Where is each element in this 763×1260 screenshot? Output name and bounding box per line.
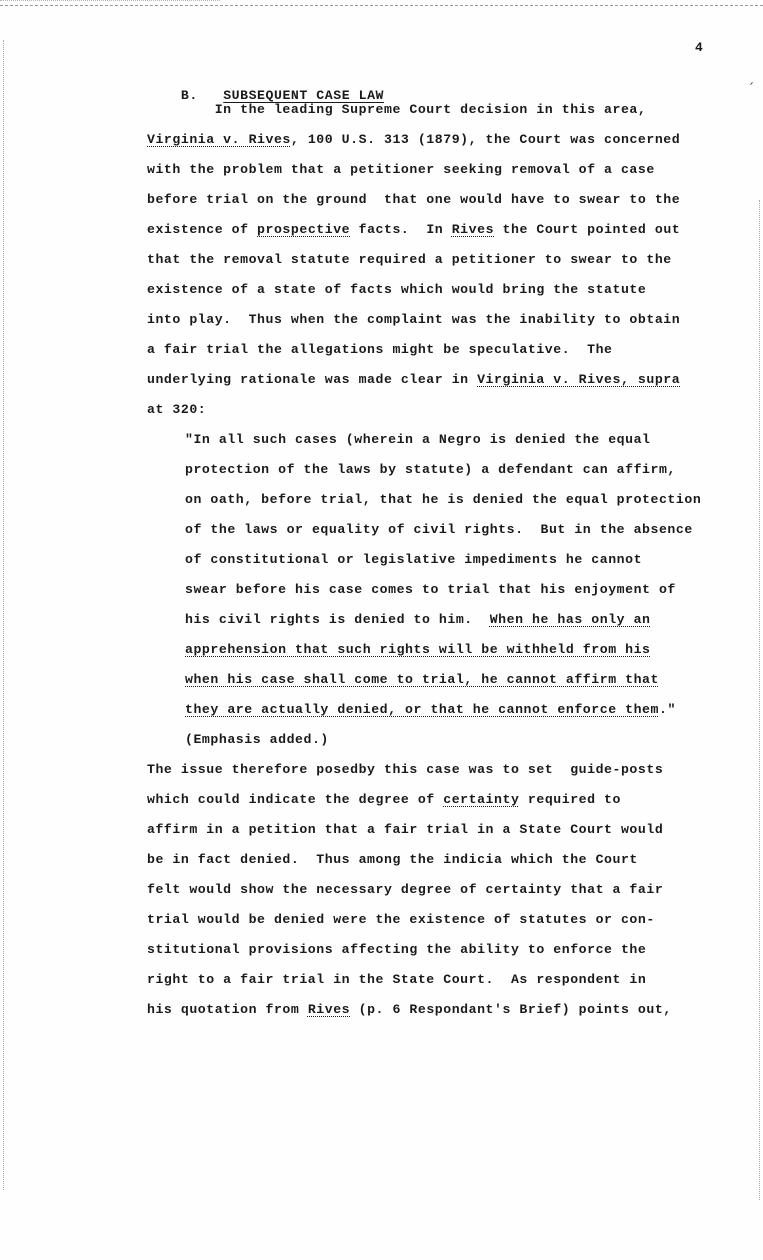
case-citation: Virginia v. Rives xyxy=(147,132,291,147)
quote-line: on oath, before trial, that he is denied… xyxy=(185,492,701,508)
quote-line: they are actually denied, or that he can… xyxy=(185,702,676,718)
text-line: existence of prospective facts. In Rives… xyxy=(147,222,680,238)
quote-line: (Emphasis added.) xyxy=(185,732,329,748)
case-citation: Rives xyxy=(452,222,494,237)
quote-line: his civil rights is denied to him. When … xyxy=(185,612,651,628)
quote-line: "In all such cases (wherein a Negro is d… xyxy=(185,432,651,448)
text-line: into play. Thus when the complaint was t… xyxy=(147,312,680,328)
emphasized-text: When he has only an xyxy=(490,612,651,627)
text-line: Virginia v. Rives, 100 U.S. 313 (1879), … xyxy=(147,132,680,148)
emphasized-text: they are actually denied, or that he can… xyxy=(185,702,659,717)
case-citation: Virginia v. Rives, supra xyxy=(477,372,680,387)
page-number: 4 xyxy=(695,40,703,55)
text-line: his quotation from Rives (p. 6 Respondan… xyxy=(147,1002,672,1018)
quote-line: of the laws or equality of civil rights.… xyxy=(185,522,693,538)
section-title: SUBSEQUENT CASE LAW xyxy=(223,88,384,103)
text-line: before trial on the ground that one woul… xyxy=(147,192,680,208)
case-citation: Rives xyxy=(308,1002,350,1017)
text-line: a fair trial the allegations might be sp… xyxy=(147,342,613,358)
text-line: The issue therefore posedby this case wa… xyxy=(147,762,663,778)
text-line: with the problem that a petitioner seeki… xyxy=(147,162,655,178)
text-line: stitutional provisions affecting the abi… xyxy=(147,942,646,958)
emphasized-text: when his case shall come to trial, he ca… xyxy=(185,672,659,687)
scan-top-edge-dots xyxy=(0,0,220,1)
text-line: that the removal statute required a peti… xyxy=(147,252,672,268)
emphasized-text: apprehension that such rights will be wi… xyxy=(185,642,651,657)
section-heading: B. SUBSEQUENT CASE LAW xyxy=(147,72,384,88)
text-line: at 320: xyxy=(147,402,206,418)
scan-left-edge xyxy=(3,40,4,1190)
scan-speck xyxy=(750,82,753,85)
scan-right-edge xyxy=(759,200,760,1200)
scan-top-edge xyxy=(0,5,763,6)
section-letter: B. xyxy=(181,88,198,103)
quote-line: apprehension that such rights will be wi… xyxy=(185,642,651,658)
text-line: In the leading Supreme Court decision in… xyxy=(147,102,646,118)
emphasis-word: certainty xyxy=(443,792,519,807)
text-line: trial would be denied were the existence… xyxy=(147,912,655,928)
text-line: underlying rationale was made clear in V… xyxy=(147,372,680,388)
quote-line: protection of the laws by statute) a def… xyxy=(185,462,676,478)
emphasis-word: prospective xyxy=(257,222,350,237)
text-line: be in fact denied. Thus among the indici… xyxy=(147,852,638,868)
text-line: existence of a state of facts which woul… xyxy=(147,282,646,298)
text-line: affirm in a petition that a fair trial i… xyxy=(147,822,663,838)
text-line: right to a fair trial in the State Court… xyxy=(147,972,646,988)
quote-line: swear before his case comes to trial tha… xyxy=(185,582,676,598)
quote-line: when his case shall come to trial, he ca… xyxy=(185,672,659,688)
text-line: felt would show the necessary degree of … xyxy=(147,882,663,898)
quote-line: of constitutional or legislative impedim… xyxy=(185,552,642,568)
text-line: which could indicate the degree of certa… xyxy=(147,792,621,808)
document-page: 4 B. SUBSEQUENT CASE LAW In the leading … xyxy=(0,0,763,1260)
